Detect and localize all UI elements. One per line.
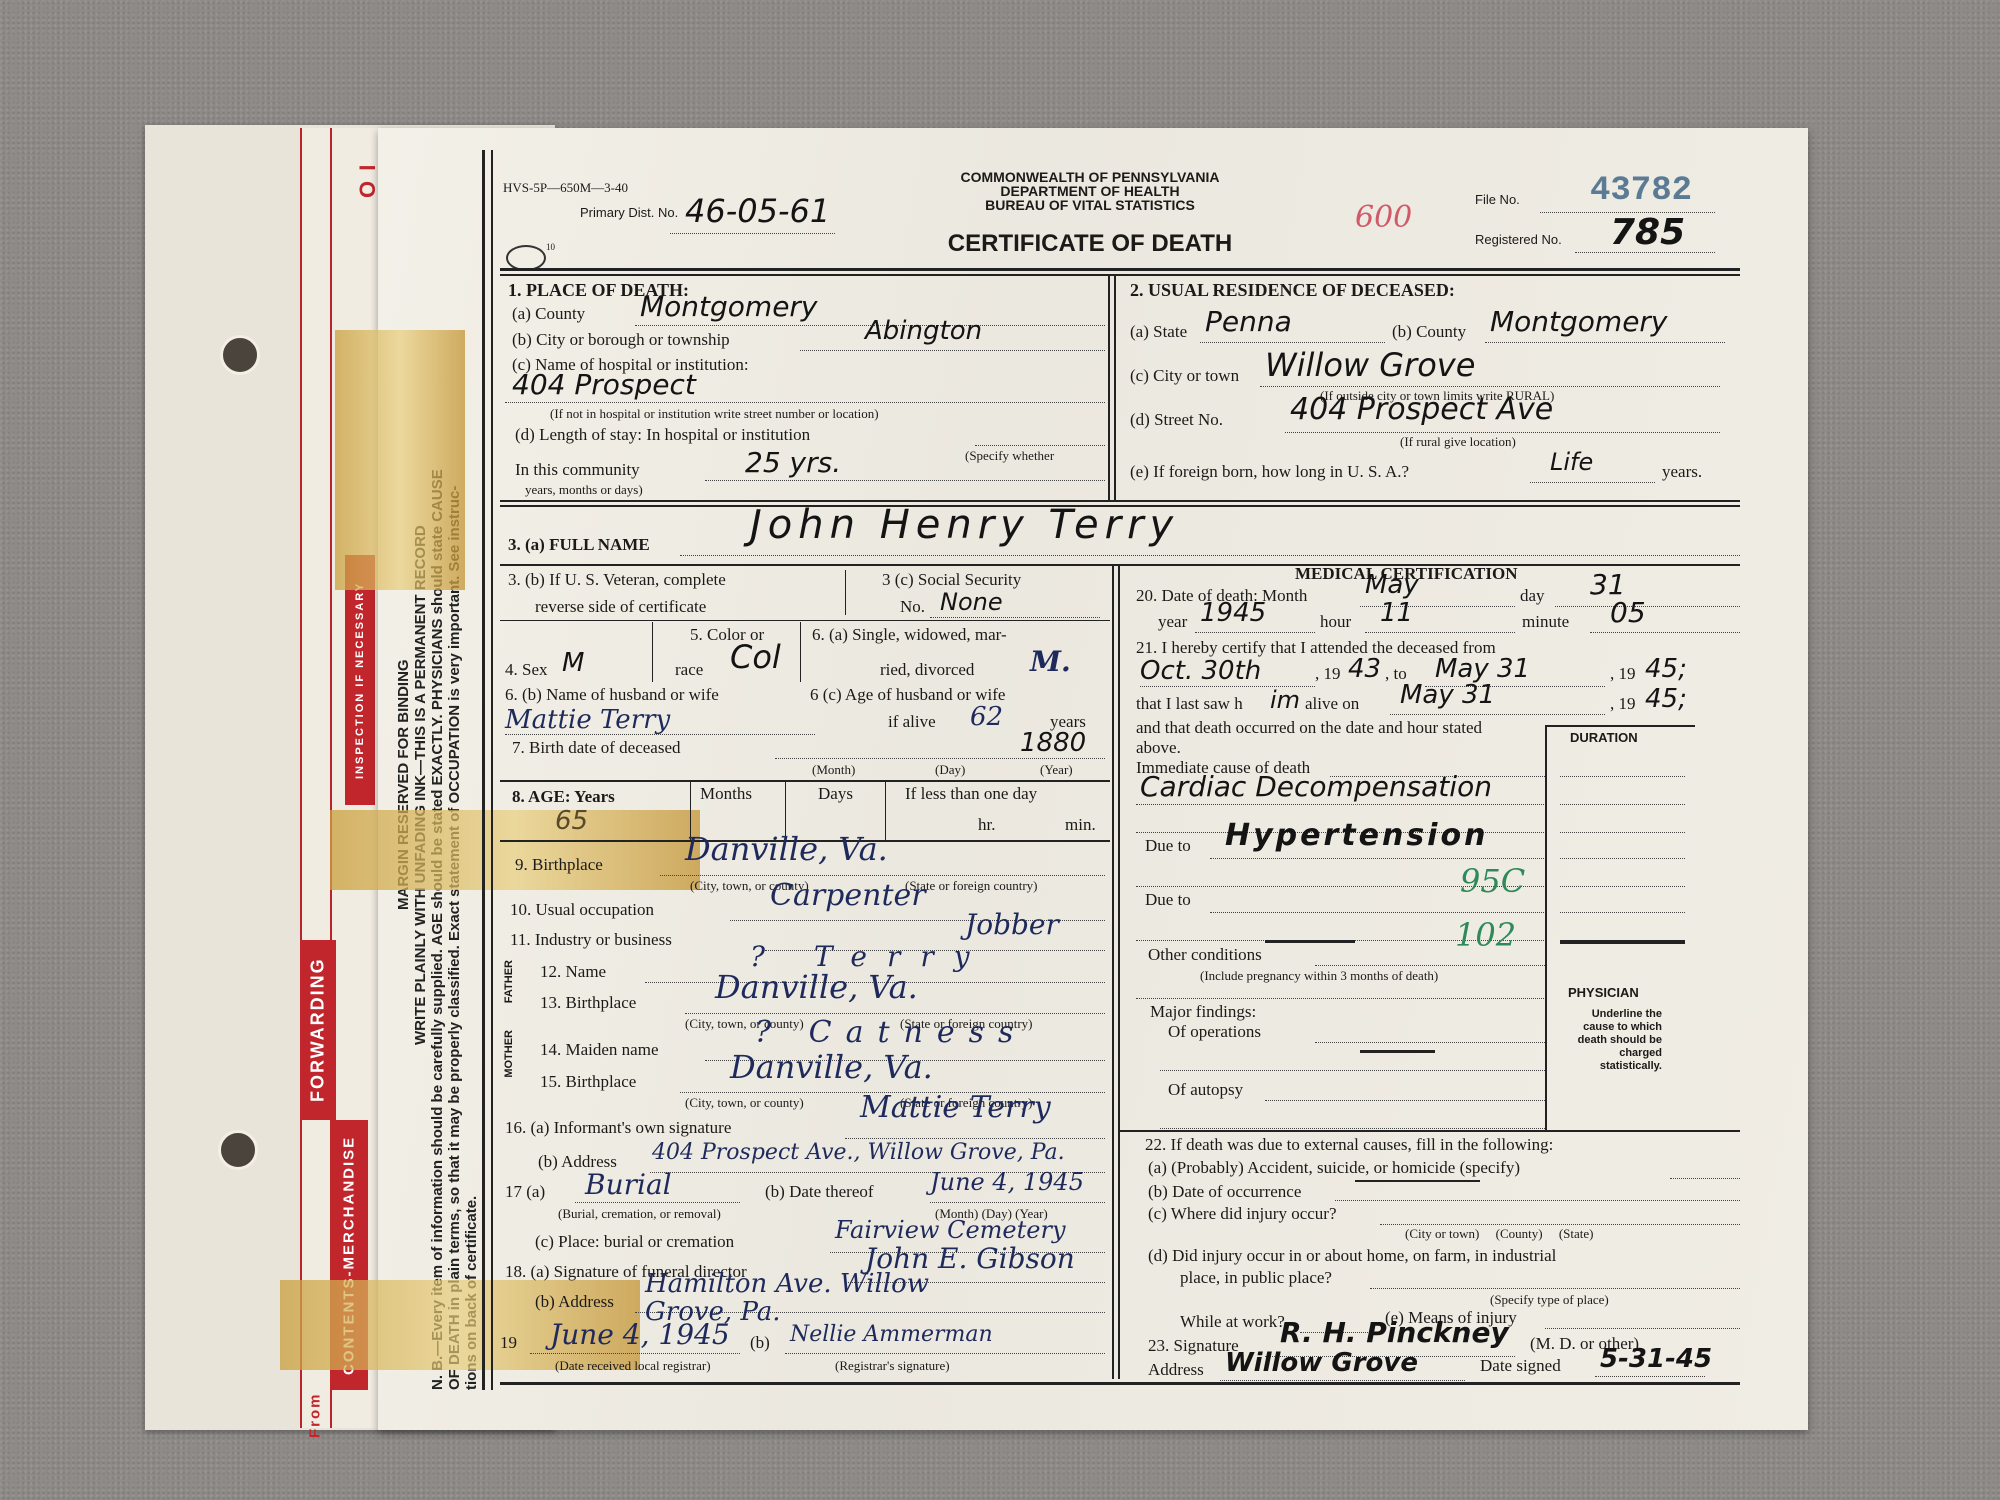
dotted-line (1265, 1100, 1545, 1101)
dotted-line (505, 734, 815, 735)
dotted-line (1315, 1042, 1545, 1043)
day-label: day (1520, 586, 1545, 606)
age-label: 8. AGE: Years (512, 787, 615, 806)
bureau: BUREAU OF VITAL STATISTICS (880, 198, 1300, 212)
dotted-line (1370, 1288, 1740, 1289)
residence-street-value: 404 Prospect Ave (1290, 392, 1553, 427)
ssn-label-2: No. (900, 597, 925, 617)
state-label: (a) State (1130, 322, 1187, 342)
father-birthplace-value: Danville, Va. (715, 968, 918, 1006)
full-name-label-wrap: 3. (a) FULL NAME (508, 535, 650, 555)
strike-line (1265, 940, 1355, 943)
county-label: (a) County (512, 304, 585, 324)
red-label-inspection: INSPECTION IF NECESSARY (345, 555, 375, 805)
dotted-line (685, 1013, 1105, 1014)
death-hour-value: 11 (1380, 598, 1413, 628)
marital-value: M. (1030, 645, 1071, 678)
dotted-line (705, 480, 1105, 481)
dotted-line (1220, 1380, 1465, 1381)
agency-header: COMMONWEALTH OF PENNSYLVANIA DEPARTMENT … (880, 170, 1300, 212)
dotted-line (530, 1353, 740, 1354)
birth-col-year: (Year) (1040, 762, 1073, 778)
occurred-text-2: above. (1136, 738, 1181, 758)
punch-hole (218, 1130, 258, 1170)
race-value: Col (730, 638, 781, 676)
margin-line-5: tions on back of certificate. (463, 180, 480, 1390)
page-title: CERTIFICATE OF DEATH (920, 230, 1260, 258)
age-col-less-than-day: If less than one day (905, 784, 1037, 804)
tape-strip (335, 330, 465, 590)
duration-end-rule (1560, 940, 1685, 944)
file-no-value: 43782 (1590, 172, 1692, 210)
community-label: In this community (515, 460, 640, 480)
department: DEPARTMENT OF HEALTH (880, 184, 1300, 198)
dotted-line (1390, 714, 1605, 715)
birth-col-day: (Day) (935, 762, 965, 778)
due-to-label-2: Due to (1145, 890, 1191, 910)
dotted-line (1595, 1376, 1705, 1377)
registered-no-value: 785 (1610, 212, 1685, 253)
dotted-line (1195, 632, 1315, 633)
dotted-line (785, 1353, 1105, 1354)
external-title: 22. If death was due to external causes,… (1145, 1135, 1553, 1155)
foreign-value: Life (1550, 448, 1593, 476)
occupation-value: Carpenter (770, 878, 926, 913)
dotted-line (1530, 482, 1655, 483)
alive-on-label: alive on (1305, 694, 1359, 714)
external-c-note: (City or town) (County) (State) (1405, 1226, 1593, 1242)
residence-title: 2. USUAL RESIDENCE OF DECEASED: (1130, 280, 1455, 301)
red-annotation: 600 (1355, 200, 1412, 235)
dotted-line (1560, 886, 1685, 887)
disposition-note: (Burial, cremation, or removal) (558, 1206, 721, 1222)
file-no-label: File No. (1475, 192, 1520, 207)
registrar-note: (Registrar's signature) (835, 1358, 950, 1374)
veteran-label-2: reverse side of certificate (535, 597, 706, 617)
race-label-2: race (675, 660, 703, 680)
dotted-line (800, 350, 1105, 351)
section-divider (1114, 276, 1116, 501)
dotted-line (1136, 804, 1546, 805)
external-d-label-2: place, in public place? (1180, 1268, 1332, 1288)
dotted-line (1485, 342, 1725, 343)
dotted-line (1200, 342, 1385, 343)
dotted-line (1560, 776, 1685, 777)
disposition-label: 17 (a) (505, 1182, 545, 1202)
death-month-value: May (1365, 570, 1419, 600)
dotted-line (1260, 386, 1720, 387)
received-label: 19 (500, 1333, 517, 1353)
attended-from-year-prefix: , 19 (1315, 664, 1341, 684)
operations-label: Of operations (1168, 1022, 1261, 1042)
veteran-label-1: 3. (b) If U. S. Veteran, complete (508, 570, 726, 590)
year-label: year (1158, 612, 1187, 632)
physician-header: PHYSICIAN (1568, 985, 1639, 1000)
last-saw-value: May 31 (1400, 680, 1495, 710)
external-c-label: (c) Where did injury occur? (1148, 1204, 1337, 1224)
hospital-note: (If not in hospital or institution write… (550, 406, 879, 422)
age-col-days: Days (818, 784, 853, 804)
spouse-age-value: 62 (970, 702, 1003, 732)
father-birthplace-label: 13. Birthplace (540, 993, 636, 1013)
spouse-label: 6. (b) Name of husband or wife (505, 685, 719, 705)
external-a-label: (a) (Probably) Accident, suicide, or hom… (1148, 1158, 1520, 1178)
dotted-line (1380, 1224, 1740, 1225)
received-value: June 4, 1945 (550, 1318, 730, 1351)
red-label-forwarding: FORWARDING (300, 940, 336, 1120)
death-minute-value: 05 (1610, 596, 1646, 629)
residence-state-value: Penna (1205, 305, 1292, 338)
birth-col-month: (Month) (812, 762, 855, 778)
last-saw-pronoun: im (1270, 686, 1300, 714)
punch-hole (220, 335, 260, 375)
duration-divider (1545, 725, 1547, 1130)
registered-no-label: Registered No. (1475, 232, 1562, 247)
hospital-value: 404 Prospect (512, 368, 696, 401)
occurred-text-1: and that death occurred on the date and … (1136, 718, 1482, 738)
street-label: (d) Street No. (1130, 410, 1223, 430)
dotted-line (1560, 832, 1685, 833)
received-note: (Date received local registrar) (555, 1358, 711, 1374)
cause-code-1: 95C (1460, 862, 1525, 900)
external-d-label-1: (d) Did injury occur in or about home, o… (1148, 1246, 1556, 1266)
father-name-label: 12. Name (540, 962, 606, 982)
age-min: min. (1065, 815, 1096, 835)
mother-side-label: MOTHER (502, 1030, 517, 1078)
section-divider (1108, 276, 1110, 501)
occupation-label: 10. Usual occupation (510, 900, 654, 920)
attended-to-year-value: 45; (1645, 654, 1687, 684)
stay-label: (d) Length of stay: In hospital or insti… (515, 425, 810, 445)
age-col-months: Months (700, 784, 752, 804)
cell-divider (800, 622, 801, 682)
other-conditions-label: Other conditions (1148, 945, 1262, 965)
strike-line (1360, 1050, 1435, 1053)
last-saw-year-prefix: , 19 (1610, 694, 1636, 714)
union-number: 10 (546, 242, 555, 252)
physician-address-value: Willow Grove (1225, 1348, 1418, 1378)
column-divider (1118, 564, 1120, 1379)
date-signed-value: 5-31-45 (1600, 1344, 1712, 1374)
dotted-line (1315, 965, 1545, 966)
dotted-line (1136, 998, 1546, 999)
dotted-line (1670, 1178, 1740, 1179)
burial-date-value: June 4, 1945 (930, 1168, 1084, 1196)
full-name-label: 3. (a) FULL NAME (508, 535, 650, 554)
autopsy-label: Of autopsy (1168, 1080, 1243, 1100)
residence-county-value: Montgomery (1490, 305, 1668, 338)
father-side-label: FATHER (502, 960, 517, 1003)
minute-label: minute (1522, 612, 1569, 632)
attended-to-year-prefix: , 19 (1610, 664, 1636, 684)
form-bottom-rule (500, 1382, 1740, 1385)
death-city-value: Abington (865, 316, 982, 346)
cell-divider (652, 622, 653, 682)
primary-dist-label: Primary Dist. No. (580, 205, 650, 220)
community-note: years, months or days) (525, 482, 643, 498)
spouse-value: Mattie Terry (505, 705, 670, 735)
informant-signature-label: 16. (a) Informant's own signature (505, 1118, 731, 1138)
attended-from-year-value: 43 (1348, 654, 1381, 684)
registrar-label: (b) (750, 1333, 770, 1353)
header-rule (500, 274, 1740, 276)
birth-year-value: 1880 (1020, 728, 1086, 758)
death-county-value: Montgomery (640, 290, 818, 323)
residence-city-label: (c) City or town (1130, 366, 1239, 386)
dotted-line (1545, 1328, 1740, 1329)
age-value: 65 (555, 806, 588, 836)
burial-place-value: Fairview Cemetery (835, 1216, 1066, 1244)
industry-value: Jobber (965, 908, 1059, 941)
dotted-line (575, 1202, 740, 1203)
dotted-line (1210, 912, 1546, 913)
industry-label: 11. Industry or business (510, 930, 672, 950)
mother-maiden-value: ? Catness (755, 1015, 1027, 1050)
dotted-line (1560, 804, 1685, 805)
community-value: 25 yrs. (745, 446, 841, 479)
disposition-value: Burial (585, 1168, 672, 1201)
section-rule (500, 564, 1740, 566)
registrar-value: Nellie Ammerman (790, 1322, 993, 1347)
dotted-line (1555, 606, 1740, 607)
cell-divider (845, 570, 846, 615)
mother-birthplace-label: 15. Birthplace (540, 1072, 636, 1092)
dotted-line (1160, 1128, 1545, 1129)
cause-code-2: 102 (1455, 916, 1516, 954)
other-conditions-note: (Include pregnancy within 3 months of de… (1200, 968, 1438, 984)
stay-note: (Specify whether (965, 448, 1054, 464)
work-label: While at work? (1180, 1312, 1285, 1332)
primary-dist-value: 46-05-61 (685, 192, 830, 230)
spouse-age-prefix: if alive (888, 712, 936, 732)
dotted-line (1365, 632, 1515, 633)
hour-label: hour (1320, 612, 1351, 632)
informant-address-value: 404 Prospect Ave., Willow Grove, Pa. (652, 1140, 1065, 1165)
birthplace-label: 9. Birthplace (515, 855, 603, 875)
last-saw-label: that I last saw h (1136, 694, 1243, 714)
dotted-line (975, 445, 1105, 446)
column-divider (1112, 564, 1114, 1379)
dotted-line (1160, 1070, 1545, 1071)
birth-date-label: 7. Birth date of deceased (512, 738, 681, 758)
marital-label-1: 6. (a) Single, widowed, mar- (812, 625, 1007, 645)
death-year-value: 1945 (1200, 598, 1266, 628)
sex-label: 4. Sex (505, 660, 548, 680)
form-border-left (482, 150, 493, 1390)
physician-note: Underline the cause to which death shoul… (1562, 1008, 1662, 1073)
physician-signature-value: R. H. Pinckney (1280, 1316, 1509, 1349)
marital-label-2: ried, divorced (880, 660, 974, 680)
age-label-wrap: 8. AGE: Years (512, 787, 615, 807)
director-address-label: (b) Address (535, 1292, 614, 1312)
mother-birthplace-value: Danville, Va. (730, 1048, 933, 1086)
ssn-label-1: 3 (c) Social Security (882, 570, 1021, 590)
dotted-line (775, 758, 1105, 759)
row-rule (500, 780, 1110, 782)
dotted-line (1560, 858, 1685, 859)
attended-from-value: Oct. 30th (1140, 656, 1261, 686)
red-label-from: From (302, 1395, 328, 1435)
foreign-suffix: years. (1662, 462, 1702, 482)
immediate-cause-value: Cardiac Decompensation (1140, 770, 1492, 803)
external-d-note: (Specify type of place) (1490, 1292, 1609, 1308)
city-label: (b) City or borough or township (512, 330, 730, 350)
dotted-line (1285, 432, 1720, 433)
dotted-line (1590, 632, 1740, 633)
section-rule (1120, 1130, 1740, 1132)
sex-value: M (562, 648, 584, 678)
commonwealth: COMMONWEALTH OF PENNSYLVANIA (880, 170, 1300, 184)
residence-county-label: (b) County (1392, 322, 1466, 342)
dotted-line (660, 875, 1105, 876)
dotted-line (1335, 1200, 1740, 1201)
burial-place-label: (c) Place: burial or cremation (535, 1232, 734, 1252)
mother-note-1: (City, town, or county) (685, 1095, 804, 1111)
dotted-line (1560, 912, 1685, 913)
residence-city-value: Willow Grove (1265, 346, 1475, 384)
physician-address-label: Address (1148, 1360, 1204, 1380)
ssn-value: None (940, 588, 1003, 616)
dotted-line (680, 555, 1740, 556)
date-signed-label: Date signed (1480, 1356, 1561, 1376)
foreign-label: (e) If foreign born, how long in U. S. A… (1130, 462, 1409, 482)
strike-line (1355, 1180, 1480, 1182)
due-to-value-1: Hypertension (1225, 818, 1488, 853)
major-findings-label: Major findings: (1150, 1002, 1256, 1022)
mother-maiden-label: 14. Maiden name (540, 1040, 659, 1060)
full-name-value: John Henry Terry (750, 502, 1179, 548)
birthplace-value: Danville, Va. (685, 830, 888, 868)
form-code: HVS-5P—650M—3-40 (503, 180, 628, 196)
dotted-line (505, 402, 1105, 403)
last-saw-year-value: 45; (1645, 684, 1687, 714)
dotted-line (1210, 858, 1546, 859)
due-to-label-1: Due to (1145, 836, 1191, 856)
row-rule (500, 620, 1110, 621)
header-rule (500, 268, 1740, 271)
dotted-line (930, 1202, 1105, 1203)
informant-signature-value: Mattie Terry (860, 1090, 1051, 1125)
dotted-line (930, 617, 1100, 618)
external-b-label: (b) Date of occurrence (1148, 1182, 1301, 1202)
age-hr: hr. (978, 815, 995, 835)
certificate-form: HVS-5P—650M—3-40 Primary Dist. No. 46-05… (500, 150, 1770, 1390)
duration-header: DURATION (1570, 730, 1638, 745)
street-note: (If rural give location) (1400, 434, 1516, 450)
dotted-line (845, 1138, 1105, 1139)
duration-top-rule (1545, 725, 1695, 727)
burial-date-label: (b) Date thereof (765, 1182, 874, 1202)
dotted-line (670, 233, 835, 234)
